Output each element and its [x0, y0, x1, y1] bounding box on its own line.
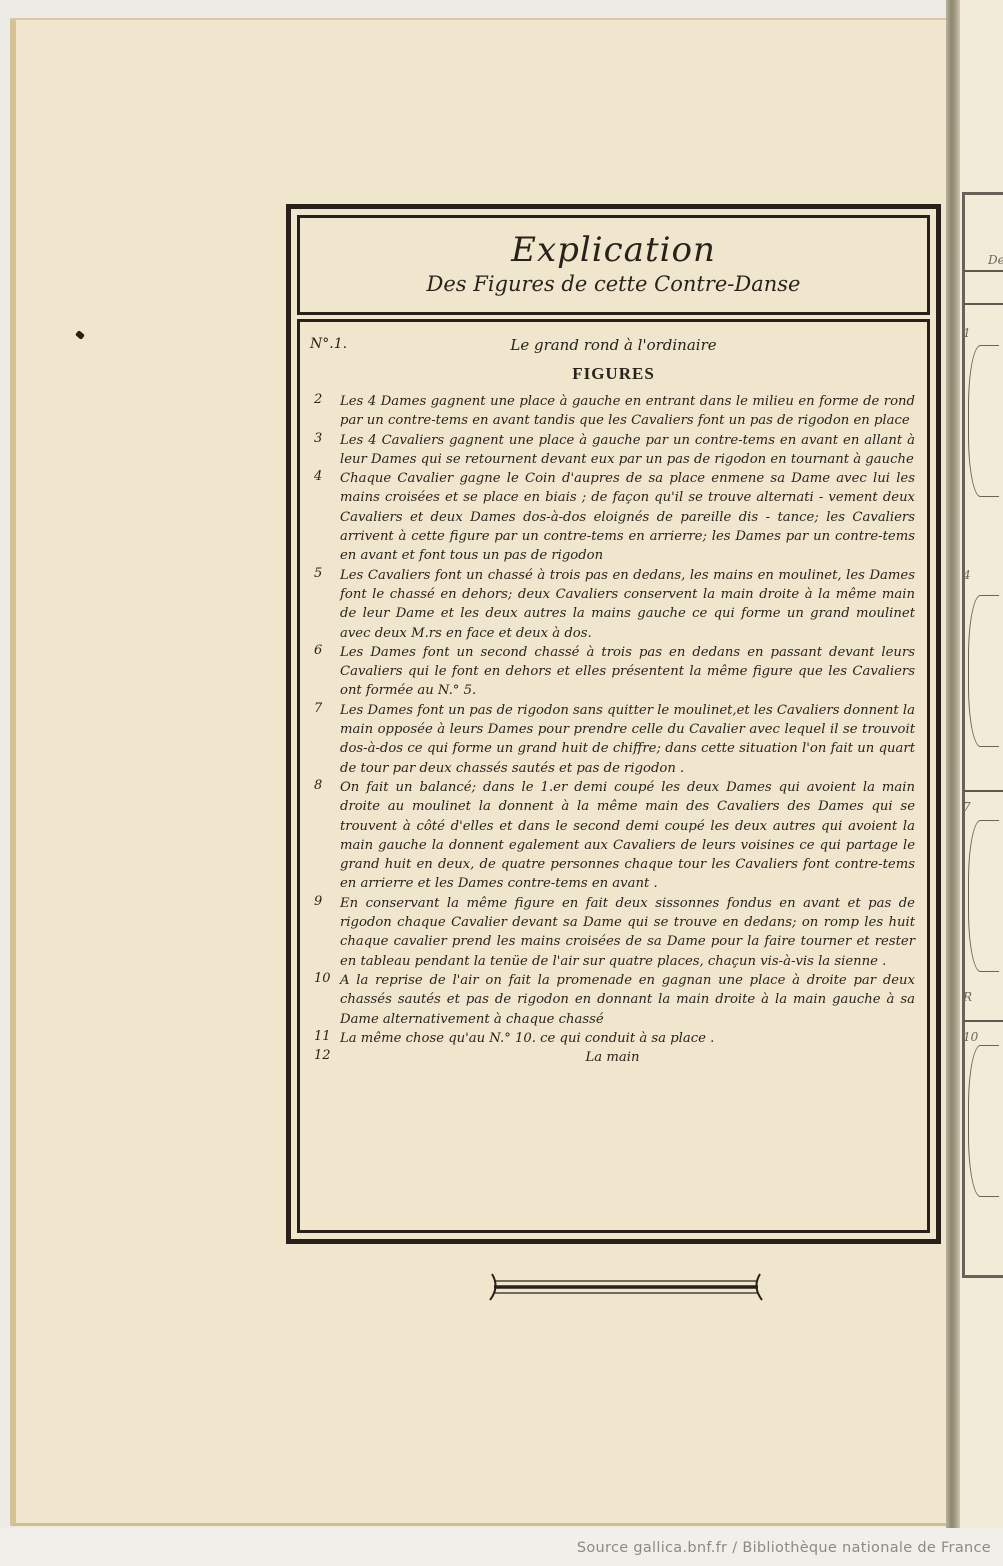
- entry-text: Les Dames font un pas de rigodon sans qu…: [340, 701, 915, 778]
- page-title: Explication: [300, 230, 927, 270]
- figure-entry: 12 La main: [310, 1048, 915, 1067]
- book-gutter: [946, 0, 960, 1528]
- ink-blot: [75, 330, 85, 340]
- source-attribution: Source gallica.bnf.fr / Bibliothèque nat…: [577, 1540, 991, 1556]
- entry-number: 11: [314, 1029, 331, 1044]
- entry-text: Les Cavaliers font un chassé à trois pas…: [340, 566, 915, 643]
- adjacent-page-heading: De: [988, 253, 1003, 267]
- figure-entry: 6 Les Dames font un second chassé à troi…: [310, 643, 915, 701]
- adjacent-figure-number: 10: [963, 1030, 978, 1044]
- figure-entry: 11 La même chose qu'au N.° 10. ce qui co…: [310, 1029, 915, 1048]
- adjacent-page: De 1 4 7 R 10: [960, 0, 1003, 1528]
- entry-text: La main: [340, 1048, 915, 1067]
- adjacent-page-rule: [964, 270, 1003, 272]
- engraved-plate: Explication Des Figures de cette Contre-…: [286, 204, 941, 1244]
- title-cartouche: Explication Des Figures de cette Contre-…: [297, 215, 930, 315]
- figure-entry: 8 On fait un balancé; dans le 1.er demi …: [310, 778, 915, 894]
- figure-list: 2 Les 4 Dames gagnent une place à gauche…: [310, 392, 915, 1067]
- figure-entry: 7 Les Dames font un pas de rigodon sans …: [310, 701, 915, 778]
- adjacent-figure-number: 1: [963, 326, 971, 340]
- dance-figure-diagram: [968, 595, 999, 747]
- figure-entry: 3 Les 4 Cavaliers gagnent une place à ga…: [310, 431, 915, 470]
- entry-text: A la reprise de l'air on fait la promena…: [340, 971, 915, 1029]
- figure-entry: 5 Les Cavaliers font un chassé à trois p…: [310, 566, 915, 643]
- dance-figure-diagram: [968, 1045, 999, 1197]
- adjacent-page-rule: [964, 1020, 1003, 1022]
- dance-figure-diagram: [968, 820, 999, 972]
- adjacent-figure-mark: R: [963, 990, 972, 1004]
- entry-number: 5: [314, 566, 322, 581]
- entry-text: La même chose qu'au N.° 10. ce qui condu…: [340, 1029, 915, 1048]
- entry-number: 8: [314, 778, 322, 793]
- entry-number: 9: [314, 894, 322, 909]
- entry-number: 2: [314, 392, 322, 407]
- entry-text: On fait un balancé; dans le 1.er demi co…: [340, 778, 915, 894]
- page-subtitle: Des Figures de cette Contre-Danse: [300, 272, 927, 296]
- adjacent-page-rule: [964, 790, 1003, 792]
- entry-number: 3: [314, 431, 322, 446]
- figure-entry: 10 A la reprise de l'air on fait la prom…: [310, 971, 915, 1029]
- entry-text: Les Dames font un second chassé à trois …: [340, 643, 915, 701]
- entry-number: 6: [314, 643, 322, 658]
- figure-entry: 4 Chaque Cavalier gagne le Coin d'aupres…: [310, 469, 915, 565]
- entry-number: 7: [314, 701, 322, 716]
- entry-text: Le grand rond à l'ordinaire: [310, 336, 917, 354]
- entry-text: Les 4 Cavaliers gagnent une place à gauc…: [340, 431, 915, 470]
- figure-entry: 9 En conservant la même figure en fait d…: [310, 894, 915, 971]
- adjacent-page-rule: [964, 303, 1003, 305]
- entry-number: 10: [314, 971, 331, 986]
- section-heading: FIGURES: [300, 364, 927, 384]
- figure-entry: 2 Les 4 Dames gagnent une place à gauche…: [310, 392, 915, 431]
- entry-number: 12: [314, 1048, 331, 1063]
- entry-text: Chaque Cavalier gagne le Coin d'aupres d…: [340, 469, 915, 565]
- dance-figure-diagram: [968, 345, 999, 497]
- entry-number: 4: [314, 469, 322, 484]
- entry-text: En conservant la même figure en fait deu…: [340, 894, 915, 971]
- adjacent-figure-number: 4: [963, 568, 971, 582]
- closing-rule-ornament: [486, 1272, 766, 1302]
- entry-1: N°.1. Le grand rond à l'ordinaire: [310, 336, 917, 356]
- text-panel: N°.1. Le grand rond à l'ordinaire FIGURE…: [297, 319, 930, 1233]
- entry-text: Les 4 Dames gagnent une place à gauche e…: [340, 392, 915, 431]
- adjacent-figure-number: 7: [963, 800, 971, 814]
- scan-area: De 1 4 7 R 10 Explication Des Figures de…: [0, 0, 1003, 1528]
